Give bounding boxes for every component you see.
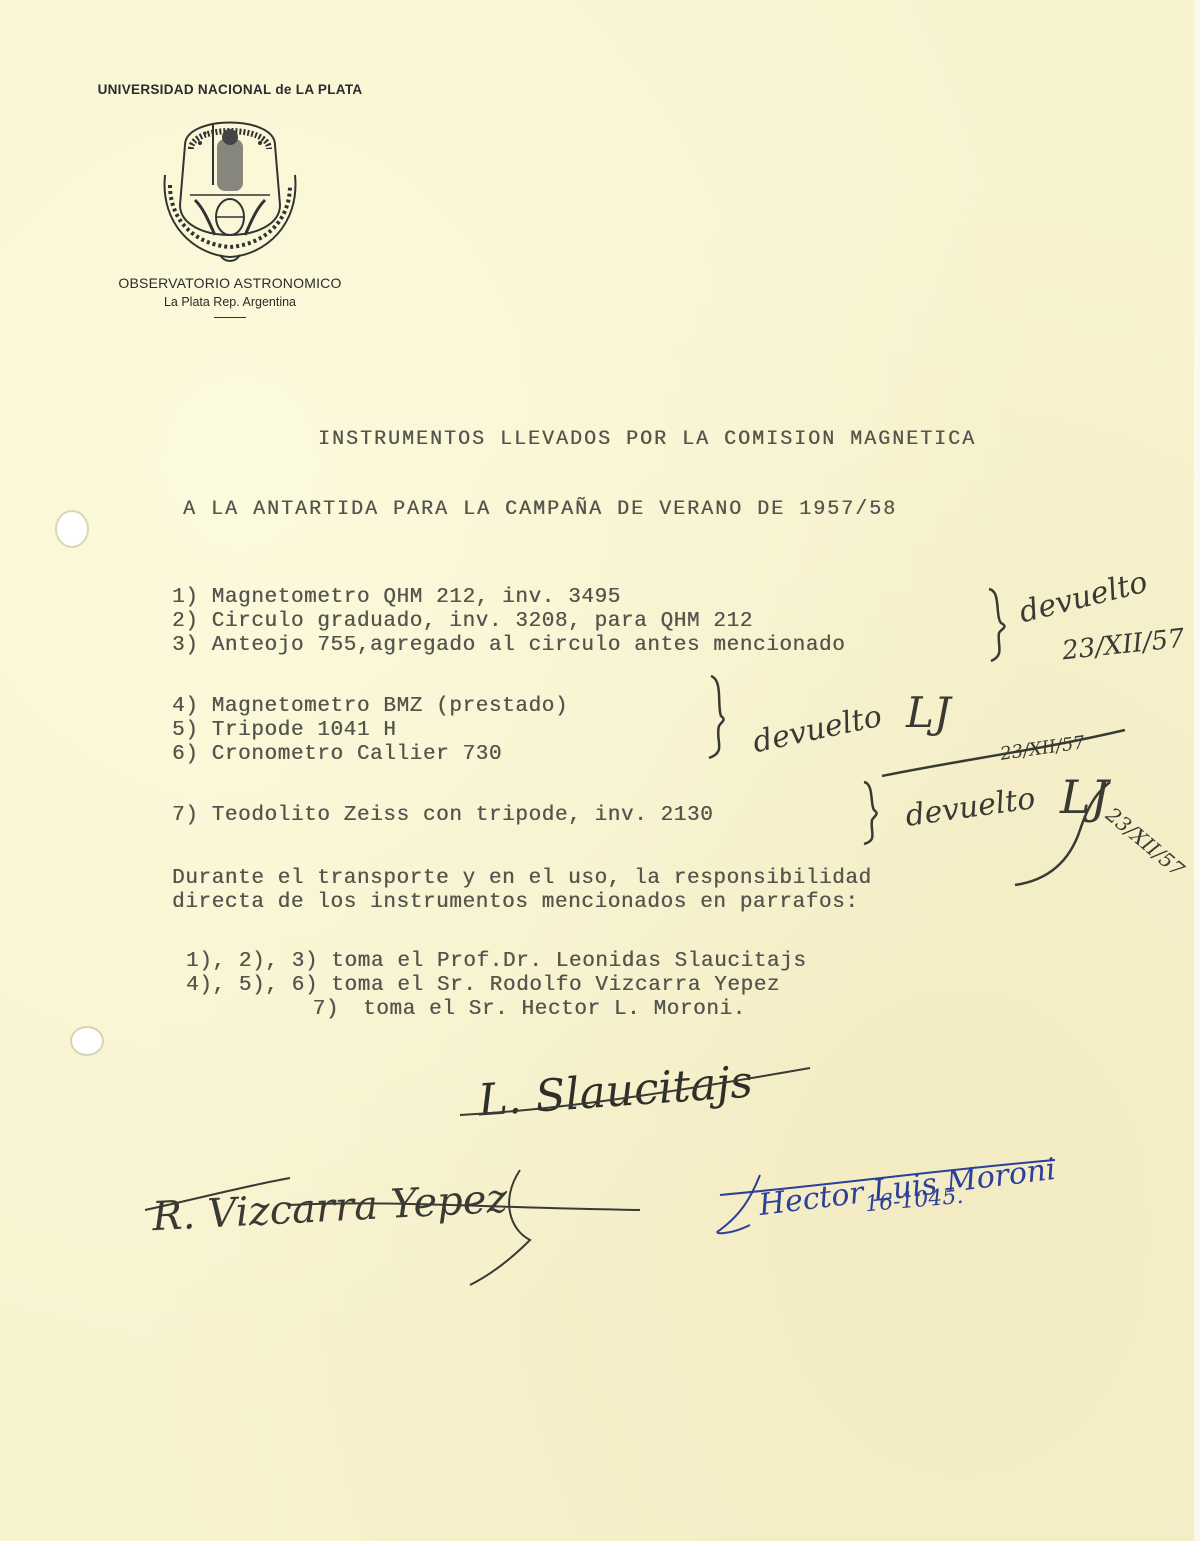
item-text: Magnetometro BMZ (prestado) [212,695,568,718]
institution-location: La Plata Rep. Argentina [80,295,380,309]
assignment-3: 7)toma el Sr. Hector L. Moroni. [186,998,746,1021]
bracket-group2-icon [705,672,735,762]
item-number: 6) [172,743,198,766]
item-number: 5) [172,719,198,742]
assignment-2: 4), 5), 6) toma el Sr. Rodolfo Vizcarra … [186,974,780,997]
assignment-refs: 1), 2), 3) [186,950,318,973]
letterhead: UNIVERSIDAD NACIONAL de LA PLATA OBSERVA… [80,82,380,318]
assignment-text: toma el Sr. Hector L. Moroni. [363,998,746,1021]
item-1: 1) Magnetometro QHM 212, inv. 3495 [172,586,621,609]
item-6: 6) Cronometro Callier 730 [172,743,502,766]
document-title-line1: INSTRUMENTOS LLEVADOS POR LA COMISION MA… [318,428,976,451]
letterhead-divider [214,317,246,318]
bracket-group1-icon [985,585,1015,665]
item-number: 2) [172,610,198,633]
item-text: Circulo graduado, inv. 3208, para QHM 21… [212,610,753,633]
item-text: Cronometro Callier 730 [212,743,502,766]
item-text: Magnetometro QHM 212, inv. 3495 [212,586,621,609]
initials-stroke-group3 [1010,780,1120,890]
returned-note-group1: devuelto [1016,565,1151,631]
punch-hole-bottom [72,1028,102,1054]
punch-hole-top [57,512,87,546]
item-5: 5) Tripode 1041 H [172,719,396,742]
item-text: Teodolito Zeiss con tripode, inv. 2130 [212,804,714,827]
item-2: 2) Circulo graduado, inv. 3208, para QHM… [172,610,753,633]
paper-edge [1194,0,1200,1541]
item-3: 3) Anteojo 755,agregado al circulo antes… [172,634,845,657]
item-number: 1) [172,586,198,609]
university-name: UNIVERSIDAD NACIONAL de LA PLATA [80,82,380,97]
assignment-text: toma el Sr. Rodolfo Vizcarra Yepez [331,974,780,997]
assignment-text: toma el Prof.Dr. Leonidas Slaucitajs [331,950,806,973]
responsibility-line1: Durante el transporte y en el uso, la re… [172,867,872,890]
signature-strokes-moroni [710,1155,1060,1235]
document-title-line2: A LA ANTARTIDA PARA LA CAMPAÑA DE VERANO… [183,498,897,521]
assignment-refs: 4), 5), 6) [186,974,318,997]
item-number: 4) [172,695,198,718]
item-text: Anteojo 755,agregado al circulo antes me… [212,634,846,657]
assignment-1: 1), 2), 3) toma el Prof.Dr. Leonidas Sla… [186,950,807,973]
assignment-refs: 7) [186,998,363,1021]
item-number: 3) [172,634,198,657]
returned-date-group1: 23/XII/57 [1061,624,1186,667]
institution-name: OBSERVATORIO ASTRONOMICO [80,275,380,291]
item-number: 7) [172,804,198,827]
item-text: Tripode 1041 H [212,719,397,742]
signature-underline-slaucitajs [455,1060,815,1120]
university-seal-icon [155,105,305,265]
bracket-group3-icon [860,778,890,848]
signature-strokes-vizcarra [140,1160,660,1290]
item-4: 4) Magnetometro BMZ (prestado) [172,695,568,718]
item-7: 7) Teodolito Zeiss con tripode, inv. 213… [172,804,713,827]
responsibility-line2: directa de los instrumentos mencionados … [172,891,859,914]
returned-note-group2: devuelto [750,699,885,760]
